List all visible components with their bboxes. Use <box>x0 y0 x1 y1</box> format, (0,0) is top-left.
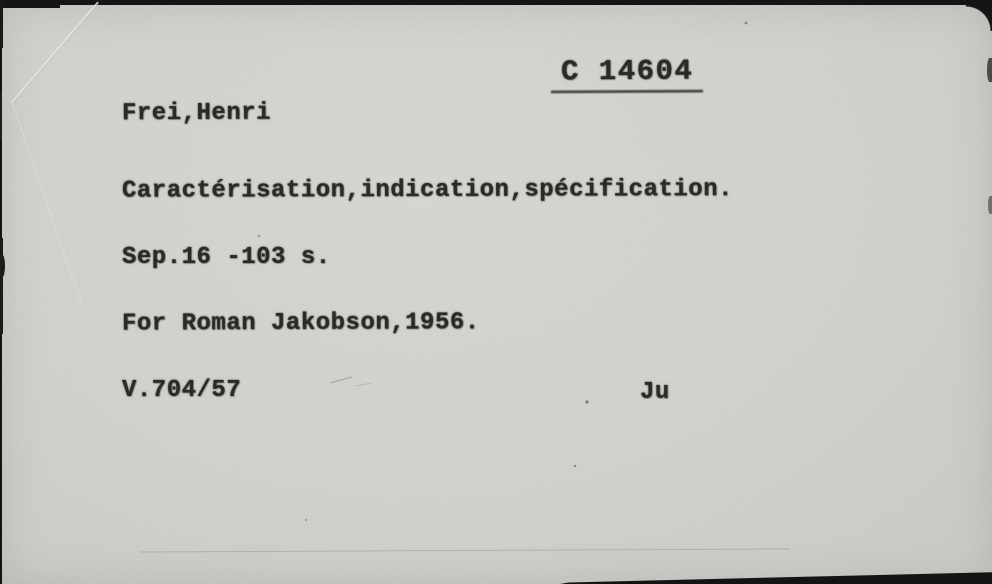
scan-edge-smudge <box>987 58 992 82</box>
pagination-line: Sep.16 -103 s. <box>122 244 331 271</box>
scanned-catalog-card: C 14604 Frei,Henri Caractérisation,indic… <box>0 0 992 584</box>
card-rounded-corner <box>966 5 992 31</box>
scan-edge-top-left <box>0 0 60 8</box>
title-line: Caractérisation,indication,spécification… <box>122 176 733 205</box>
scan-edge-left-nub <box>0 255 5 277</box>
source-line: For Roman Jakobson,1956. <box>122 309 480 337</box>
scan-edge-smudge <box>988 196 992 214</box>
scan-edge-top <box>0 0 992 5</box>
scan-edge-left <box>0 92 2 140</box>
cataloguer-initials: Ju <box>640 379 670 406</box>
shelfmark-line: V.704/57 <box>122 377 241 404</box>
author-line: Frei,Henri <box>122 100 271 128</box>
scan-edge-left <box>0 238 3 334</box>
call-number: C 14604 <box>561 55 694 89</box>
scan-edge-left <box>0 0 3 48</box>
index-card-paper <box>2 5 992 584</box>
